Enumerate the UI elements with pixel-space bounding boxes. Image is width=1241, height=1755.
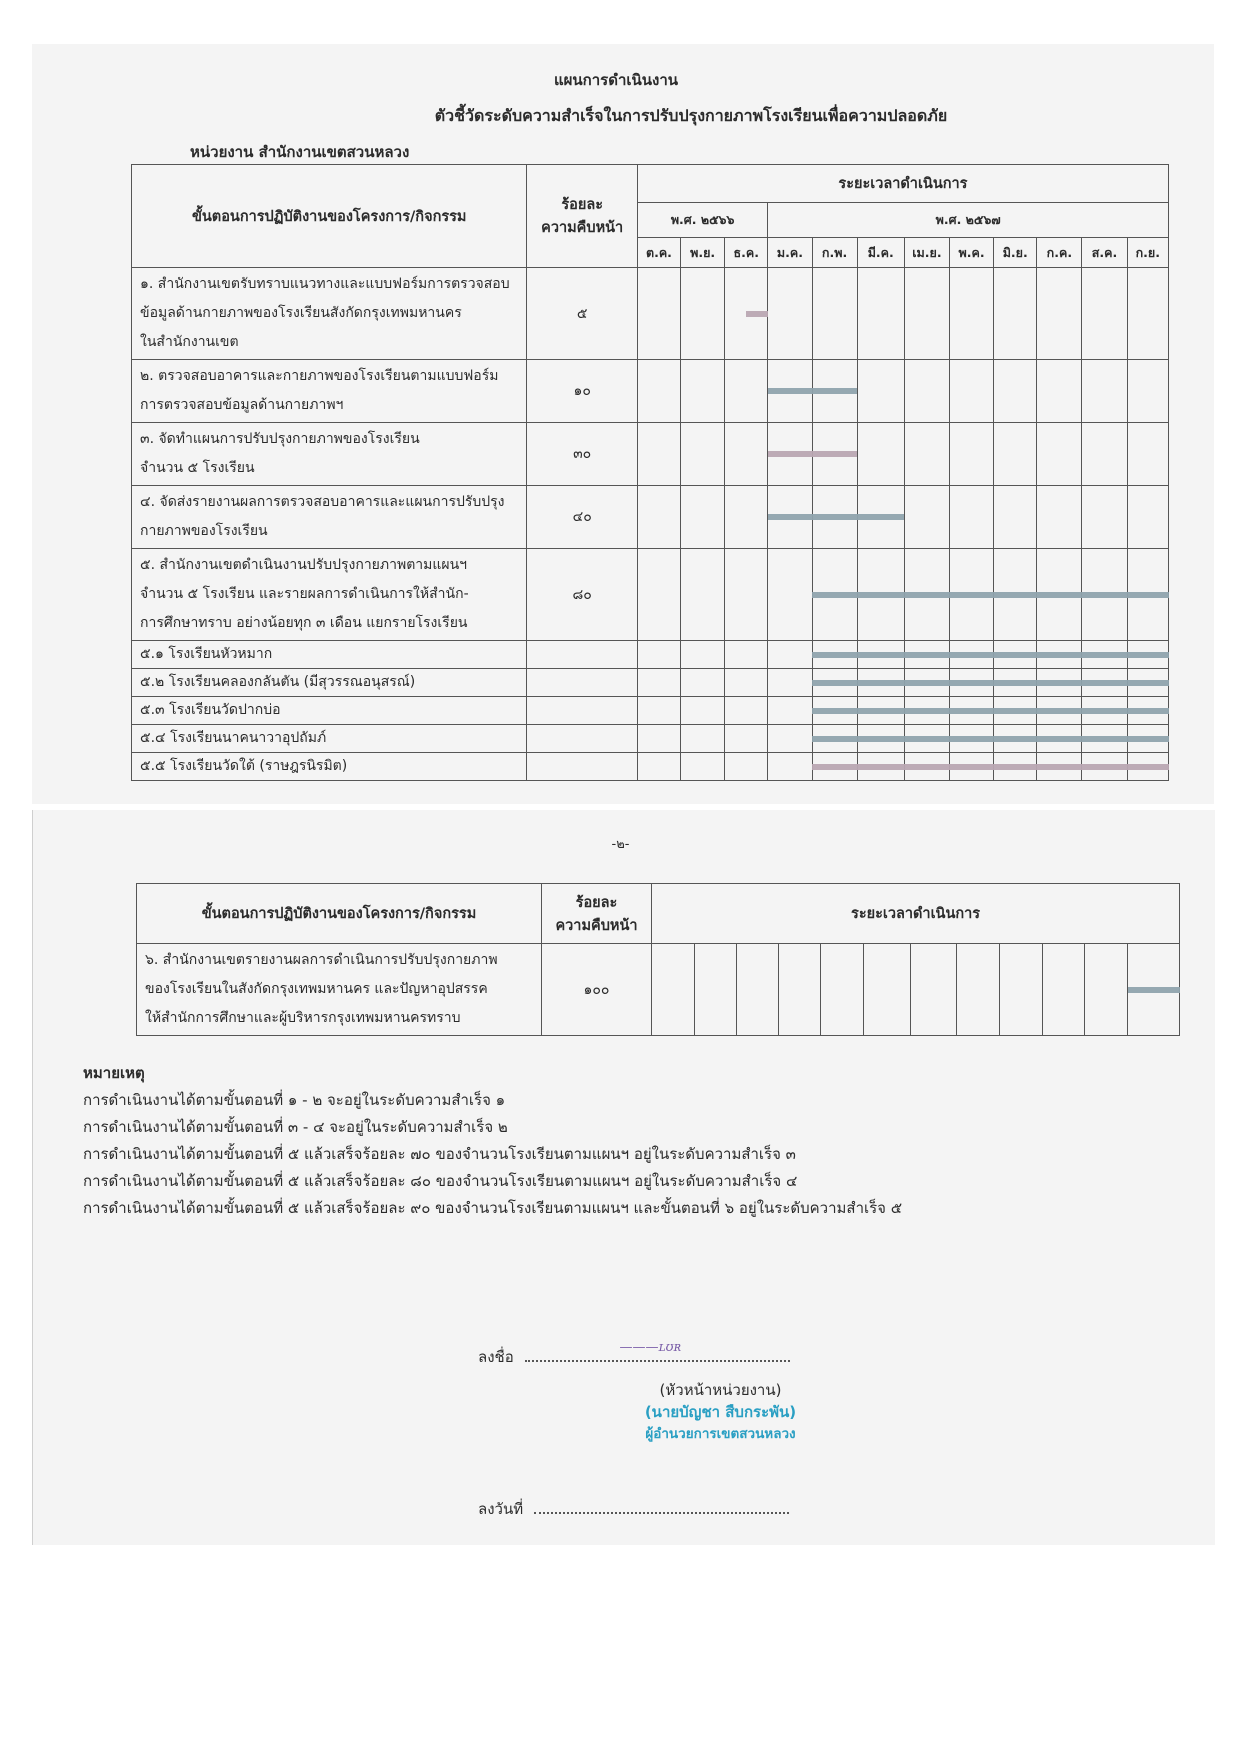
- month-cell: [1082, 486, 1127, 549]
- month-cell: [1127, 423, 1168, 486]
- document-title: แผนการดำเนินงาน: [75, 68, 1157, 92]
- month-cell: [637, 268, 680, 360]
- table-row: ๓. จัดทำแผนการปรับปรุงกายภาพของโรงเรียนจ…: [132, 423, 1169, 486]
- activity-cell: ๕.๓ โรงเรียนวัดปากบ่อ: [132, 697, 527, 725]
- percent-cell: ๕: [527, 268, 637, 360]
- month-cell: [904, 486, 949, 549]
- month-cell: [637, 641, 680, 669]
- month-cell: [994, 423, 1037, 486]
- timeline-bar: [812, 652, 1169, 658]
- timeline-bar: [1128, 987, 1180, 993]
- percent-cell: [527, 669, 637, 697]
- note-item: การดำเนินงานได้ตามขั้นตอนที่ ๕ แล้วเสร็จ…: [83, 1195, 902, 1222]
- month-cell: [1037, 360, 1082, 423]
- month-cell: [725, 549, 768, 641]
- note-item: การดำเนินงานได้ตามขั้นตอนที่ ๕ แล้วเสร็จ…: [83, 1141, 902, 1168]
- header-month: ธ.ค.: [725, 238, 768, 268]
- month-cell: [725, 753, 768, 781]
- month-cell: [821, 944, 864, 1036]
- month-cell: [725, 725, 768, 753]
- signer-role: (หัวหน้าหน่วยงาน): [100, 1378, 1241, 1402]
- month-cell: [864, 944, 911, 1036]
- month-cell: [725, 423, 768, 486]
- month-cell: [949, 423, 993, 486]
- activity-line: ๓. จัดทำแผนการปรับปรุงกายภาพของโรงเรียน: [140, 425, 518, 454]
- date-label: ลงวันที่: [478, 1500, 523, 1518]
- header-activity: ขั้นตอนการปฏิบัติงานของโครงการ/กิจกรรม: [132, 165, 527, 268]
- activity-cell: ๖. สำนักงานเขตรายงานผลการดำเนินการปรับปร…: [137, 944, 542, 1036]
- timeline-bar: [812, 680, 1169, 686]
- activity-line: การตรวจสอบข้อมูลด้านกายภาพฯ: [140, 391, 518, 420]
- notes-heading: หมายเหตุ: [83, 1060, 902, 1087]
- month-cell: [637, 486, 680, 549]
- timeline-bar: [812, 708, 1169, 714]
- month-cell: [725, 486, 768, 549]
- month-cell: [681, 753, 725, 781]
- percent-cell: [527, 641, 637, 669]
- month-cell: [637, 753, 680, 781]
- activity-line: ๒. ตรวจสอบอาคารและกายภาพของโรงเรียนตามแบ…: [140, 362, 518, 391]
- month-cell: [911, 944, 957, 1036]
- handwritten-signature: ———ʟʊʀ: [620, 1340, 682, 1355]
- timeline-bar: [812, 764, 1169, 770]
- month-cell: [681, 725, 725, 753]
- month-cell: [779, 944, 821, 1036]
- month-cell: [949, 360, 993, 423]
- header-month: ก.ค.: [1037, 238, 1082, 268]
- plan-table-1: ขั้นตอนการปฏิบัติงานของโครงการ/กิจกรรม ร…: [131, 164, 1169, 781]
- timeline-bar: [768, 451, 857, 457]
- activity-line: ๕.๒ โรงเรียนคลองกลันตัน (มีสุวรรณอนุสรณ์…: [140, 669, 518, 696]
- activity-line: ในสำนักงานเขต: [140, 328, 518, 357]
- month-cell: [904, 423, 949, 486]
- signature-field: ———ʟʊʀ: [525, 1346, 790, 1362]
- header-activity: ขั้นตอนการปฏิบัติงานของโครงการ/กิจกรรม: [137, 884, 542, 944]
- percent-cell: [527, 725, 637, 753]
- month-cell: [1127, 268, 1168, 360]
- month-cell: [1043, 944, 1085, 1036]
- timeline-bar: [746, 311, 768, 317]
- activity-line: ๕. สำนักงานเขตดำเนินงานปรับปรุงกายภาพตาม…: [140, 551, 518, 580]
- month-cell: [994, 486, 1037, 549]
- table-row: ๒. ตรวจสอบอาคารและกายภาพของโรงเรียนตามแบ…: [132, 360, 1169, 423]
- header-month: พ.ค.: [949, 238, 993, 268]
- month-cell: [949, 268, 993, 360]
- header-percent-line2: ความคืบหน้า: [542, 914, 651, 937]
- month-cell: [1127, 486, 1168, 549]
- header-month: ม.ค.: [768, 238, 812, 268]
- header-month: ส.ค.: [1082, 238, 1127, 268]
- month-cell: [725, 669, 768, 697]
- month-cell: [637, 423, 680, 486]
- activity-line: ๑. สำนักงานเขตรับทราบแนวทางและแบบฟอร์มกา…: [140, 270, 518, 299]
- percent-cell: [527, 753, 637, 781]
- activity-cell: ๕.๕ โรงเรียนวัดใต้ (ราษฎรนิรมิต): [132, 753, 527, 781]
- activity-cell: ๒. ตรวจสอบอาคารและกายภาพของโรงเรียนตามแบ…: [132, 360, 527, 423]
- activity-cell: ๔. จัดส่งรายงานผลการตรวจสอบอาคารและแผนกา…: [132, 486, 527, 549]
- header-percent-line1: ร้อยละ: [527, 193, 636, 216]
- activity-cell: ๕.๒ โรงเรียนคลองกลันตัน (มีสุวรรณอนุสรณ์…: [132, 669, 527, 697]
- activity-line: ๖. สำนักงานเขตรายงานผลการดำเนินการปรับปร…: [145, 946, 533, 975]
- month-cell: [768, 753, 812, 781]
- table-row: ๑. สำนักงานเขตรับทราบแนวทางและแบบฟอร์มกา…: [132, 268, 1169, 360]
- percent-cell: ๔๐: [527, 486, 637, 549]
- month-cell: [857, 423, 904, 486]
- month-cell: [637, 360, 680, 423]
- timeline-bar: [812, 736, 1169, 742]
- activity-line: ๕.๕ โรงเรียนวัดใต้ (ราษฎรนิรมิต): [140, 753, 518, 780]
- signer-name-stamp: (นายบัญชา สืบกระพัน): [100, 1400, 1241, 1424]
- month-cell: [681, 423, 725, 486]
- month-cell: [681, 486, 725, 549]
- note-item: การดำเนินงานได้ตามขั้นตอนที่ ๓ - ๔ จะอยู…: [83, 1114, 902, 1141]
- percent-cell: [527, 697, 637, 725]
- month-cell: [949, 486, 993, 549]
- header-month: มี.ค.: [857, 238, 904, 268]
- month-cell: [857, 360, 904, 423]
- activity-line: ๕.๓ โรงเรียนวัดปากบ่อ: [140, 697, 518, 724]
- month-cell: [725, 641, 768, 669]
- month-cell: [904, 268, 949, 360]
- header-timeline: ระยะเวลาดำเนินการ: [637, 165, 1168, 203]
- table-row: ๔. จัดส่งรายงานผลการตรวจสอบอาคารและแผนกา…: [132, 486, 1169, 549]
- activity-line: ให้สำนักการศึกษาและผู้บริหารกรุงเทพมหานค…: [145, 1004, 533, 1033]
- month-cell: [1085, 944, 1128, 1036]
- month-cell: [681, 268, 725, 360]
- header-month: ก.ย.: [1127, 238, 1168, 268]
- month-cell: [637, 697, 680, 725]
- header-percent: ร้อยละ ความคืบหน้า: [542, 884, 652, 944]
- page-number: -๒-: [0, 833, 1241, 854]
- month-cell: [994, 268, 1037, 360]
- activity-cell: ๕. สำนักงานเขตดำเนินงานปรับปรุงกายภาพตาม…: [132, 549, 527, 641]
- header-month: เม.ย.: [904, 238, 949, 268]
- month-cell: [768, 641, 812, 669]
- activity-line: ๕.๔ โรงเรียนนาคนาวาอุปถัมภ์: [140, 725, 518, 752]
- month-cell: [994, 360, 1037, 423]
- unit-label: หน่วยงาน สำนักงานเขตสวนหลวง: [190, 140, 409, 164]
- month-cell: [1000, 944, 1043, 1036]
- month-cell: [681, 360, 725, 423]
- table-row: ๖. สำนักงานเขตรายงานผลการดำเนินการปรับปร…: [137, 944, 1180, 1036]
- percent-cell: ๓๐: [527, 423, 637, 486]
- month-cell: [637, 725, 680, 753]
- month-cell: [637, 549, 680, 641]
- activity-cell: ๓. จัดทำแผนการปรับปรุงกายภาพของโรงเรียนจ…: [132, 423, 527, 486]
- month-cell: [1082, 268, 1127, 360]
- notes-section: หมายเหตุ การดำเนินงานได้ตามขั้นตอนที่ ๑ …: [83, 1060, 902, 1222]
- header-timeline: ระยะเวลาดำเนินการ: [652, 884, 1180, 944]
- header-month: มิ.ย.: [994, 238, 1037, 268]
- month-cell: [725, 697, 768, 725]
- month-cell: [681, 641, 725, 669]
- plan-table-2: ขั้นตอนการปฏิบัติงานของโครงการ/กิจกรรม ร…: [136, 883, 1180, 1036]
- activity-cell: ๑. สำนักงานเขตรับทราบแนวทางและแบบฟอร์มกา…: [132, 268, 527, 360]
- date-field: [534, 1498, 789, 1514]
- activity-line: จำนวน ๕ โรงเรียน: [140, 454, 518, 483]
- percent-cell: ๘๐: [527, 549, 637, 641]
- activity-cell: ๕.๔ โรงเรียนนาคนาวาอุปถัมภ์: [132, 725, 527, 753]
- header-year-2567: พ.ศ. ๒๕๖๗: [768, 203, 1169, 238]
- document-subtitle: ตัวชี้วัดระดับความสำเร็จในการปรับปรุงกาย…: [150, 104, 1232, 129]
- activity-line: การศึกษาทราบ อย่างน้อยทุก ๓ เดือน แยกราย…: [140, 609, 518, 638]
- month-cell: [957, 944, 1000, 1036]
- month-cell: [1037, 268, 1082, 360]
- note-item: การดำเนินงานได้ตามขั้นตอนที่ ๕ แล้วเสร็จ…: [83, 1168, 902, 1195]
- month-cell: [768, 725, 812, 753]
- month-cell: [681, 549, 725, 641]
- month-cell: [904, 360, 949, 423]
- header-month: ก.พ.: [812, 238, 857, 268]
- activity-line: จำนวน ๕ โรงเรียน และรายผลการดำเนินการให้…: [140, 580, 518, 609]
- activity-cell: ๕.๑ โรงเรียนหัวหมาก: [132, 641, 527, 669]
- month-cell: [812, 268, 857, 360]
- header-percent: ร้อยละ ความคืบหน้า: [527, 165, 637, 268]
- month-cell: [681, 697, 725, 725]
- month-cell: [1037, 423, 1082, 486]
- percent-cell: ๑๐: [527, 360, 637, 423]
- month-cell: [681, 669, 725, 697]
- month-cell: [725, 360, 768, 423]
- activity-line: กายภาพของโรงเรียน: [140, 517, 518, 546]
- signer-position-stamp: ผู้อำนวยการเขตสวนหลวง: [100, 1422, 1241, 1444]
- month-cell: [695, 944, 737, 1036]
- header-year-2566: พ.ศ. ๒๕๖๖: [637, 203, 767, 238]
- month-cell: [768, 697, 812, 725]
- date-line: ลงวันที่: [478, 1497, 789, 1521]
- header-percent-line2: ความคืบหน้า: [527, 216, 636, 239]
- month-cell: [768, 268, 812, 360]
- activity-line: ข้อมูลด้านกายภาพของโรงเรียนสังกัดกรุงเทพ…: [140, 299, 518, 328]
- month-cell: [1082, 360, 1127, 423]
- month-cell: [768, 669, 812, 697]
- timeline-bar: [812, 592, 1169, 598]
- activity-line: ของโรงเรียนในสังกัดกรุงเทพมหานคร และปัญห…: [145, 975, 533, 1004]
- activity-line: ๔. จัดส่งรายงานผลการตรวจสอบอาคารและแผนกา…: [140, 488, 518, 517]
- signature-line: ลงชื่อ ———ʟʊʀ: [478, 1345, 790, 1369]
- header-percent-line1: ร้อยละ: [542, 891, 651, 914]
- month-cell: [857, 268, 904, 360]
- header-month: ต.ค.: [637, 238, 680, 268]
- month-cell: [637, 669, 680, 697]
- month-cell: [1127, 360, 1168, 423]
- percent-cell: ๑๐๐: [542, 944, 652, 1036]
- month-cell: [737, 944, 779, 1036]
- month-cell: [1082, 423, 1127, 486]
- month-cell: [1037, 486, 1082, 549]
- timeline-bar: [768, 388, 857, 394]
- header-month: พ.ย.: [681, 238, 725, 268]
- month-cell: [652, 944, 695, 1036]
- note-item: การดำเนินงานได้ตามขั้นตอนที่ ๑ - ๒ จะอยู…: [83, 1087, 902, 1114]
- timeline-bar: [768, 514, 904, 520]
- sign-label: ลงชื่อ: [478, 1348, 514, 1366]
- month-cell: [768, 549, 812, 641]
- activity-line: ๕.๑ โรงเรียนหัวหมาก: [140, 641, 518, 668]
